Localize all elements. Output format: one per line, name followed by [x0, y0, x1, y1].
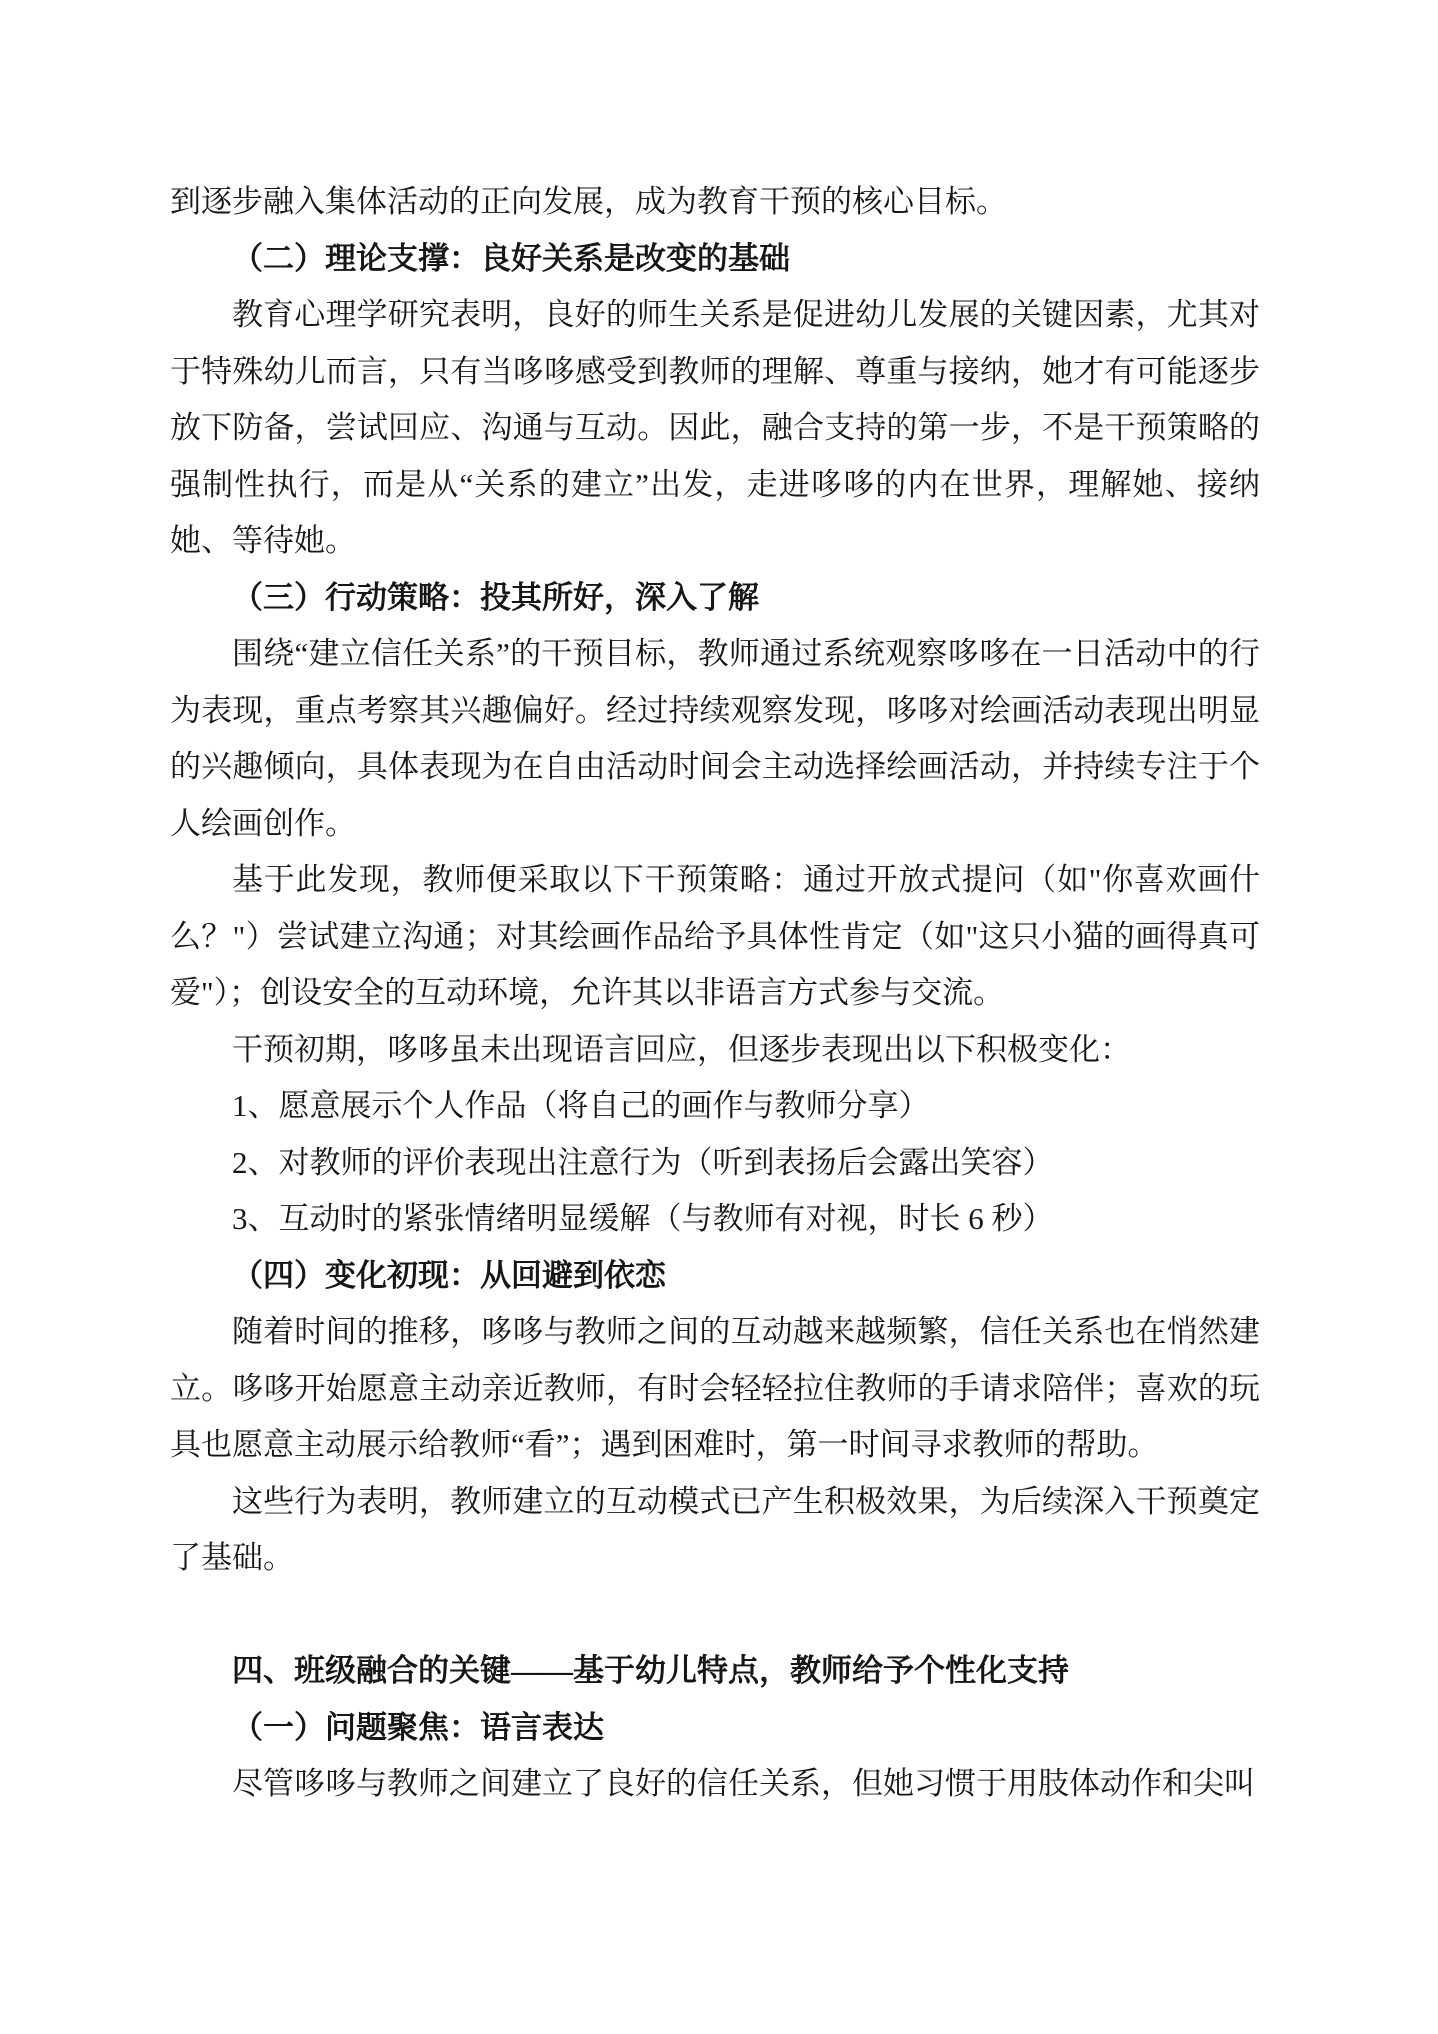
- blank-line: [170, 1587, 1260, 1644]
- paragraph: 这些行为表明，教师建立的互动模式已产生积极效果，为后续深入干预奠定了基础。: [170, 1474, 1260, 1587]
- paragraph-continuation: 到逐步融入集体活动的正向发展，成为教育干预的核心目标。: [170, 174, 1260, 231]
- document-page: 到逐步融入集体活动的正向发展，成为教育干预的核心目标。 （二）理论支撑：良好关系…: [0, 0, 1438, 2034]
- paragraph: 教育心理学研究表明，良好的师生关系是促进幼儿发展的关键因素，尤其对于特殊幼儿而言…: [170, 287, 1260, 570]
- section-heading-action-strategy: （三）行动策略：投其所好，深入了解: [170, 570, 1260, 627]
- section-heading-theory-support: （二）理论支撑：良好关系是改变的基础: [170, 231, 1260, 288]
- paragraph: 干预初期，哆哆虽未出现语言回应，但逐步表现出以下积极变化：: [170, 1022, 1260, 1079]
- section-heading-problem-focus: （一）问题聚焦：语言表达: [170, 1700, 1260, 1757]
- document-body: 到逐步融入集体活动的正向发展，成为教育干预的核心目标。 （二）理论支撑：良好关系…: [170, 174, 1260, 1813]
- list-item-1: 1、愿意展示个人作品（将自己的画作与教师分享）: [170, 1078, 1260, 1135]
- paragraph: 随着时间的推移，哆哆与教师之间的互动越来越频繁，信任关系也在悄然建立。哆哆开始愿…: [170, 1304, 1260, 1474]
- paragraph: 基于此发现，教师便采取以下干预策略：通过开放式提问（如"你喜欢画什么？"）尝试建…: [170, 852, 1260, 1022]
- section-heading-first-changes: （四）变化初现：从回避到依恋: [170, 1248, 1260, 1305]
- list-item-2: 2、对教师的评价表现出注意行为（听到表扬后会露出笑容）: [170, 1135, 1260, 1192]
- chapter-heading-class-integration: 四、班级融合的关键——基于幼儿特点，教师给予个性化支持: [170, 1643, 1260, 1700]
- list-item-3: 3、互动时的紧张情绪明显缓解（与教师有对视，时长 6 秒）: [170, 1191, 1260, 1248]
- paragraph: 围绕“建立信任关系”的干预目标，教师通过系统观察哆哆在一日活动中的行为表现，重点…: [170, 626, 1260, 852]
- paragraph: 尽管哆哆与教师之间建立了良好的信任关系，但她习惯于用肢体动作和尖叫: [170, 1756, 1260, 1813]
